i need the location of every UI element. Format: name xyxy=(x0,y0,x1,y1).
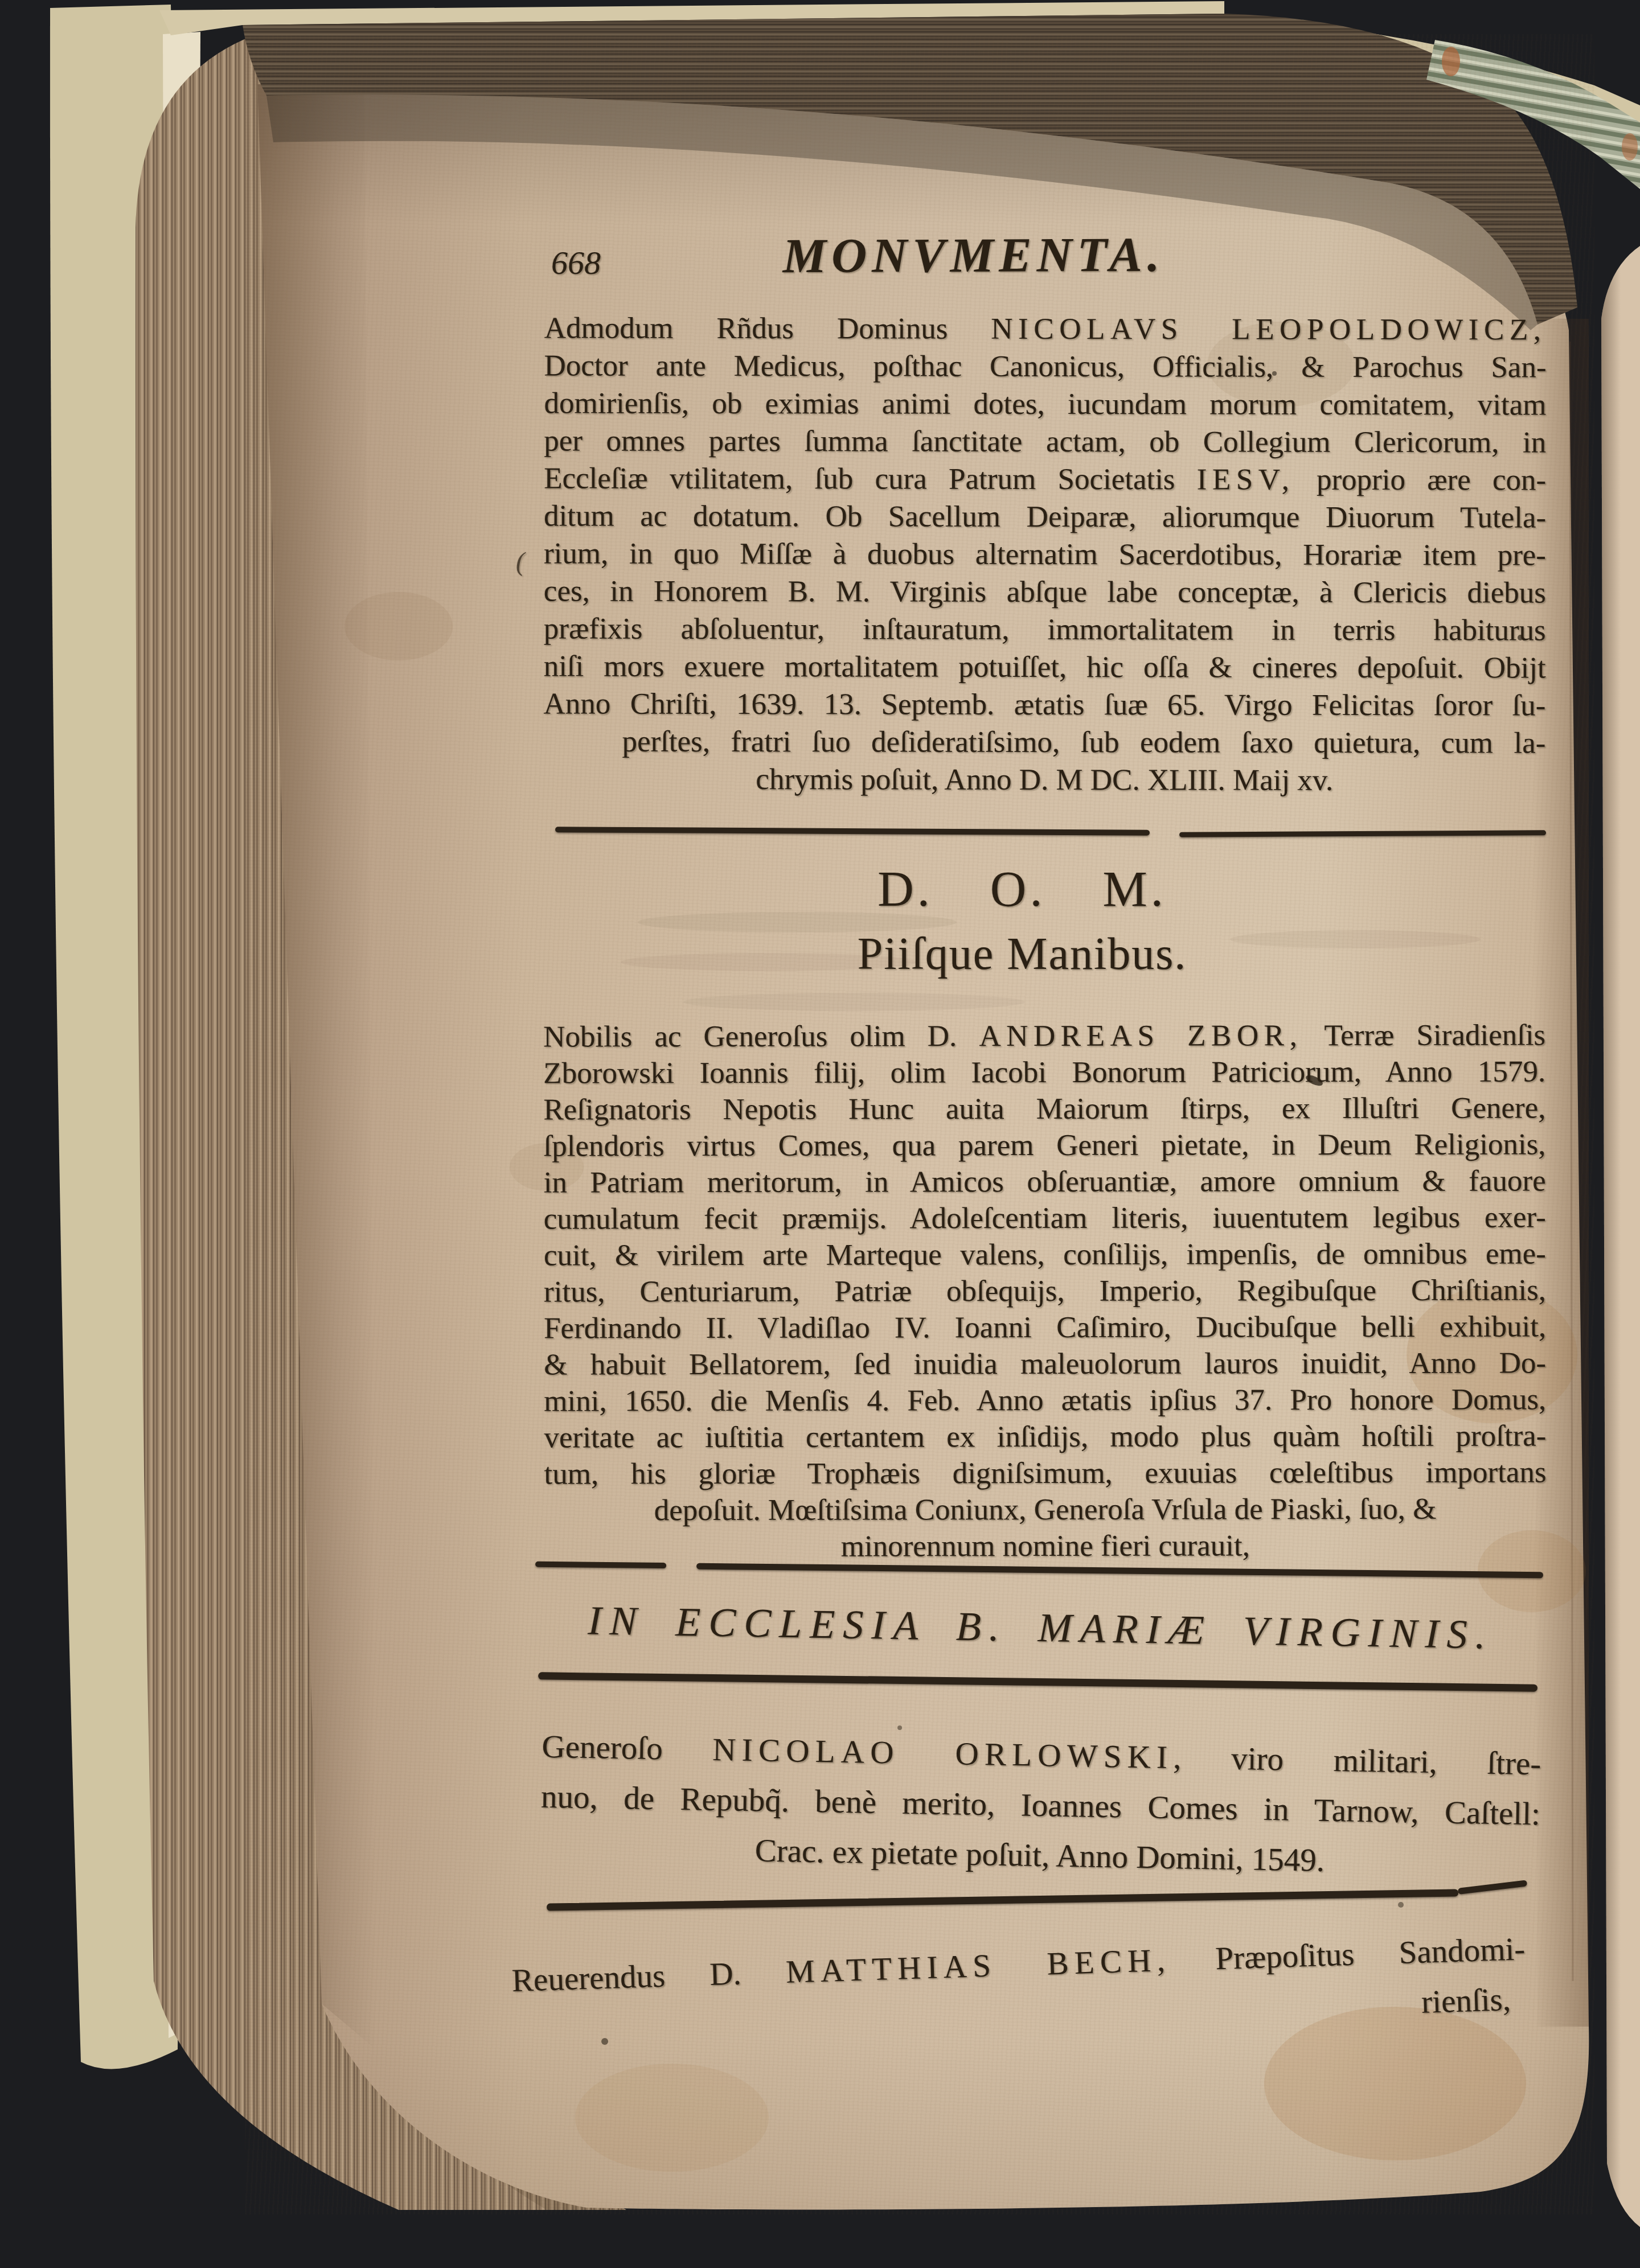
text-run: nuo, de Repubq̃. benè merito, Ioannes Co… xyxy=(541,1779,1541,1833)
text-run: Doctor ante Medicus, poſthac Canonicus, … xyxy=(544,349,1547,384)
text-line: Reſignatoris Nepotis Hunc auita Maiorum … xyxy=(543,1090,1545,1128)
text-run: veritate ac iuſtitia certantem ex inſidi… xyxy=(544,1419,1546,1454)
text-run: Reuerendus D. xyxy=(511,1954,786,1999)
text-run: Zborowski Ioannis filij, olim Iacobi Bon… xyxy=(543,1055,1545,1090)
text-line: minorennum nomine fieri curauit, xyxy=(544,1527,1547,1565)
spaced-caps-name: MATTHIAS BECH, xyxy=(785,1942,1171,1990)
book-scan: 668 MONVMENTA. Admodum Rñdus Dominus NIC… xyxy=(0,0,1640,2268)
text-line: præfixis abſoluentur, inſtauratum, immor… xyxy=(544,610,1546,649)
text-run: chrymis poſuit, Anno D. M DC. XLIII. Mai… xyxy=(756,763,1333,797)
text-run: & habuit Bellatorem, ſed inuidia maleuol… xyxy=(544,1346,1546,1381)
text-line: mini, 1650. die Menſis 4. Feb. Anno ætat… xyxy=(544,1381,1546,1419)
text-run: Ferdinando II. Vladiſlao IV. Ioanni Caſi… xyxy=(544,1310,1546,1345)
section-rule xyxy=(555,828,1546,834)
text-run: in Patriam meritorum, in Amicos obſeruan… xyxy=(544,1164,1546,1199)
text-line: & habuit Bellatorem, ſed inuidia maleuol… xyxy=(544,1345,1546,1383)
text-line: Anno Chriſti, 1639. 13. Septemb. ætatis … xyxy=(543,685,1545,724)
text-run: rienſis, xyxy=(1421,1982,1511,2020)
text-run: Admodum Rñdus Dominus xyxy=(544,311,991,345)
spaced-caps-name: ANDREAS ZBOR, xyxy=(979,1019,1302,1053)
text-line: ritus, Centuriarum, Patriæ obſequijs, Im… xyxy=(544,1272,1546,1310)
text-line: chrymis poſuit, Anno D. M DC. XLIII. Mai… xyxy=(543,760,1545,799)
text-line: Zborowski Ioannis filij, olim Iacobi Bon… xyxy=(543,1053,1545,1091)
text-line: cuit, & virilem arte Marteque valens, co… xyxy=(544,1235,1546,1273)
text-line: Admodum Rñdus Dominus NICOLAVS LEOPOLDOW… xyxy=(544,309,1547,348)
text-line: in Patriam meritorum, in Amicos obſeruan… xyxy=(544,1162,1546,1201)
epitaph-zbor: Nobilis ac Generoſus olim D. ANDREAS ZBO… xyxy=(543,1017,1547,1565)
text-run: Eccleſiæ vtilitatem, ſub cura Patrum Soc… xyxy=(544,462,1197,496)
text-run: Crac. ex pietate poſuit, Anno Domini, 15… xyxy=(755,1833,1325,1878)
text-run: niſi mors exuere mortalitatem potuiſſet,… xyxy=(544,650,1546,684)
text-run: depoſuit. Mœſtiſsima Coniunx, Generoſa V… xyxy=(654,1493,1437,1527)
text-run: Anno Chriſti, 1639. 13. Septemb. ætatis … xyxy=(543,687,1545,722)
running-title: MONVMENTA. xyxy=(473,225,1475,285)
text-run: mini, 1650. die Menſis 4. Feb. Anno ætat… xyxy=(544,1383,1546,1417)
text-line: Nobilis ac Generoſus olim D. ANDREAS ZBO… xyxy=(543,1017,1545,1055)
margin-mark: ( xyxy=(516,547,524,577)
text-run: Generoſo xyxy=(542,1729,713,1768)
text-run: per omnes partes ſumma ſanctitate actam,… xyxy=(544,424,1546,459)
text-line: rium, in quo Miſſæ à duobus alternatim S… xyxy=(544,535,1546,574)
text-run: Nobilis ac Generoſus olim D. xyxy=(543,1020,979,1053)
next-page-sliver xyxy=(1601,246,1640,2227)
text-line: tum, his gloriæ Trophæis digniſsimum, ex… xyxy=(544,1454,1547,1492)
text-line: cumulatum fecit præmijs. Adoleſcentiam l… xyxy=(544,1199,1546,1237)
manibus-heading: Piiſque Manibus. xyxy=(512,928,1532,980)
text-run: Reſignatoris Nepotis Hunc auita Maiorum … xyxy=(543,1091,1545,1126)
text-line: domirienſis, ob eximias animi dotes, iuc… xyxy=(544,384,1546,424)
text-line: Eccleſiæ vtilitatem, ſub cura Patrum Soc… xyxy=(544,459,1546,499)
dom-heading-block: D. O. M. Piiſque Manibus. xyxy=(512,861,1532,980)
epitaph-orlowski: Generoſo NICOLAO ORLOWSKI, viro militari… xyxy=(540,1722,1541,1890)
text-run: ſplendoris virtus Comes, qua parem Gener… xyxy=(544,1128,1546,1162)
text-line: Ferdinando II. Vladiſlao IV. Ioanni Caſi… xyxy=(544,1308,1546,1346)
text-line: ditum ac dotatum. Ob Sacellum Deiparæ, a… xyxy=(544,497,1546,536)
text-run: ritus, Centuriarum, Patriæ obſequijs, Im… xyxy=(544,1273,1546,1308)
text-line: niſi mors exuere mortalitatem potuiſſet,… xyxy=(544,647,1546,687)
text-line: ces, in Honorem B. M. Virginis abſque la… xyxy=(544,572,1546,611)
spaced-caps-name: NICOLAVS LEOPOLDOWICZ, xyxy=(991,313,1546,347)
spaced-caps-name: NICOLAO ORLOWSKI xyxy=(712,1732,1174,1776)
text-run: cuit, & virilem arte Marteque valens, co… xyxy=(544,1237,1546,1272)
text-line: depoſuit. Mœſtiſsima Coniunx, Generoſa V… xyxy=(544,1490,1547,1529)
text-line: veritate ac iuſtitia certantem ex inſidi… xyxy=(544,1417,1546,1456)
text-line: perſtes, fratri ſuo deſideratiſsimo, ſub… xyxy=(543,722,1545,762)
text-run: tum, his gloriæ Trophæis digniſsimum, ex… xyxy=(544,1456,1547,1490)
text-line: ſplendoris virtus Comes, qua parem Gener… xyxy=(543,1126,1545,1164)
text-run: proprio ære con- xyxy=(1295,463,1547,497)
text-run: minorennum nomine fieri curauit, xyxy=(841,1529,1250,1563)
text-run: cumulatum fecit præmijs. Adoleſcentiam l… xyxy=(544,1201,1546,1235)
dom-initials: D. O. M. xyxy=(512,861,1532,918)
spaced-caps-name: IESV, xyxy=(1197,463,1295,496)
text-run: , viro militari, ſtre- xyxy=(1173,1740,1541,1782)
epitaph-leopoldowicz: Admodum Rñdus Dominus NICOLAVS LEOPOLDOW… xyxy=(543,309,1546,799)
text-run: perſtes, fratri ſuo deſideratiſsimo, ſub… xyxy=(622,725,1545,760)
text-run: domirienſis, ob eximias animi dotes, iuc… xyxy=(544,387,1546,421)
text-run: ditum ac dotatum. Ob Sacellum Deiparæ, a… xyxy=(544,499,1546,534)
text-line: per omnes partes ſumma ſanctitate actam,… xyxy=(544,422,1546,461)
text-line: Doctor ante Medicus, poſthac Canonicus, … xyxy=(544,347,1547,386)
text-run: ces, in Honorem B. M. Virginis abſque la… xyxy=(544,574,1546,609)
text-run: Præpoſitus Sandomi- xyxy=(1170,1931,1526,1978)
text-run: præfixis abſoluentur, inſtauratum, immor… xyxy=(544,612,1546,647)
text-run: Terræ Siradienſis xyxy=(1302,1018,1545,1052)
text-run: rium, in quo Miſſæ à duobus alternatim S… xyxy=(544,537,1546,572)
